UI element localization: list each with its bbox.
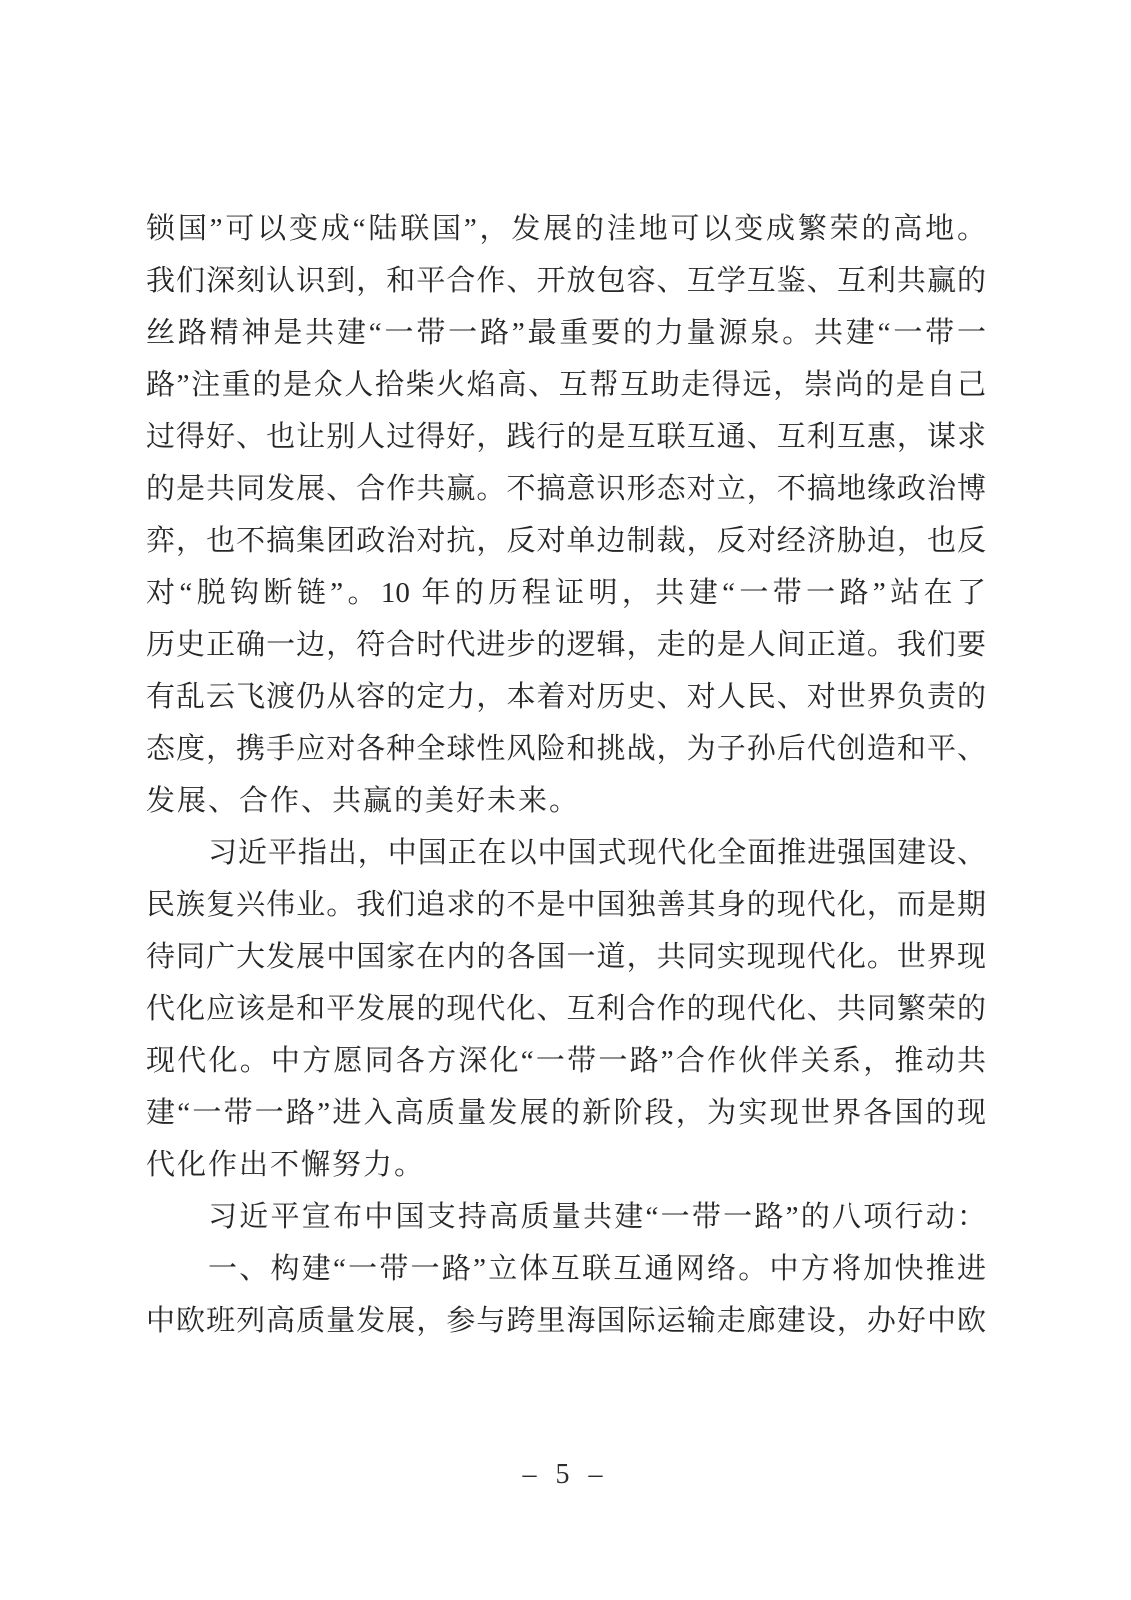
paragraph-1: 锁国”可以变成“陆联国”，发展的洼地可以变成繁荣的高地。 我们深刻认识到，和平合…	[146, 203, 986, 827]
paragraph-3: 习近平宣布中国支持高质量共建“一带一路”的八项行动：	[146, 1191, 986, 1243]
text-line: 代化应该是和平发展的现代化、互利合作的现代化、共同繁荣的	[146, 983, 986, 1035]
text-line: 民族复兴伟业。我们追求的不是中国独善其身的现代化，而是期	[146, 879, 986, 931]
text-line: 路”注重的是众人拾柴火焰高、互帮互助走得远，崇尚的是自己	[146, 359, 986, 411]
text-line: 有乱云飞渡仍从容的定力，本着对历史、对人民、对世界负责的	[146, 671, 986, 723]
text-line: 习近平宣布中国支持高质量共建“一带一路”的八项行动：	[146, 1191, 986, 1243]
text-line: 对“脱钩断链”。10 年的历程证明，共建“一带一路”站在了	[146, 567, 986, 619]
text-line: 待同广大发展中国家在内的各国一道，共同实现现代化。世界现	[146, 931, 986, 983]
text-line: 态度，携手应对各种全球性风险和挑战，为子孙后代创造和平、	[146, 723, 986, 775]
text-line: 我们深刻认识到，和平合作、开放包容、互学互鉴、互利共赢的	[146, 255, 986, 307]
text-line: 一、构建“一带一路”立体互联互通网络。中方将加快推进	[146, 1243, 986, 1295]
text-line: 代化作出不懈努力。	[146, 1139, 986, 1191]
paragraph-2: 习近平指出，中国正在以中国式现代化全面推进强国建设、 民族复兴伟业。我们追求的不…	[146, 827, 986, 1191]
text-line: 过得好、也让别人过得好，践行的是互联互通、互利互惠，谋求	[146, 411, 986, 463]
text-line: 的是共同发展、合作共赢。不搞意识形态对立，不搞地缘政治博	[146, 463, 986, 515]
text-line: 锁国”可以变成“陆联国”，发展的洼地可以变成繁荣的高地。	[146, 203, 986, 255]
text-line: 习近平指出，中国正在以中国式现代化全面推进强国建设、	[146, 827, 986, 879]
text-line: 丝路精神是共建“一带一路”最重要的力量源泉。共建“一带一	[146, 307, 986, 359]
text-line: 现代化。中方愿同各方深化“一带一路”合作伙伴关系，推动共	[146, 1035, 986, 1087]
text-line: 建“一带一路”进入高质量发展的新阶段，为实现世界各国的现	[146, 1087, 986, 1139]
text-line: 中欧班列高质量发展，参与跨里海国际运输走廊建设，办好中欧	[146, 1295, 986, 1347]
document-page: 锁国”可以变成“陆联国”，发展的洼地可以变成繁荣的高地。 我们深刻认识到，和平合…	[0, 0, 1131, 1600]
text-line: 发展、合作、共赢的美好未来。	[146, 775, 986, 827]
paragraph-4: 一、构建“一带一路”立体互联互通网络。中方将加快推进 中欧班列高质量发展，参与跨…	[146, 1243, 986, 1347]
text-line: 历史正确一边，符合时代进步的逻辑，走的是人间正道。我们要	[146, 619, 986, 671]
text-line: 弈，也不搞集团政治对抗，反对单边制裁，反对经济胁迫，也反	[146, 515, 986, 567]
document-text: 锁国”可以变成“陆联国”，发展的洼地可以变成繁荣的高地。 我们深刻认识到，和平合…	[146, 203, 986, 1347]
page-number: – 5 –	[0, 1452, 1131, 1498]
